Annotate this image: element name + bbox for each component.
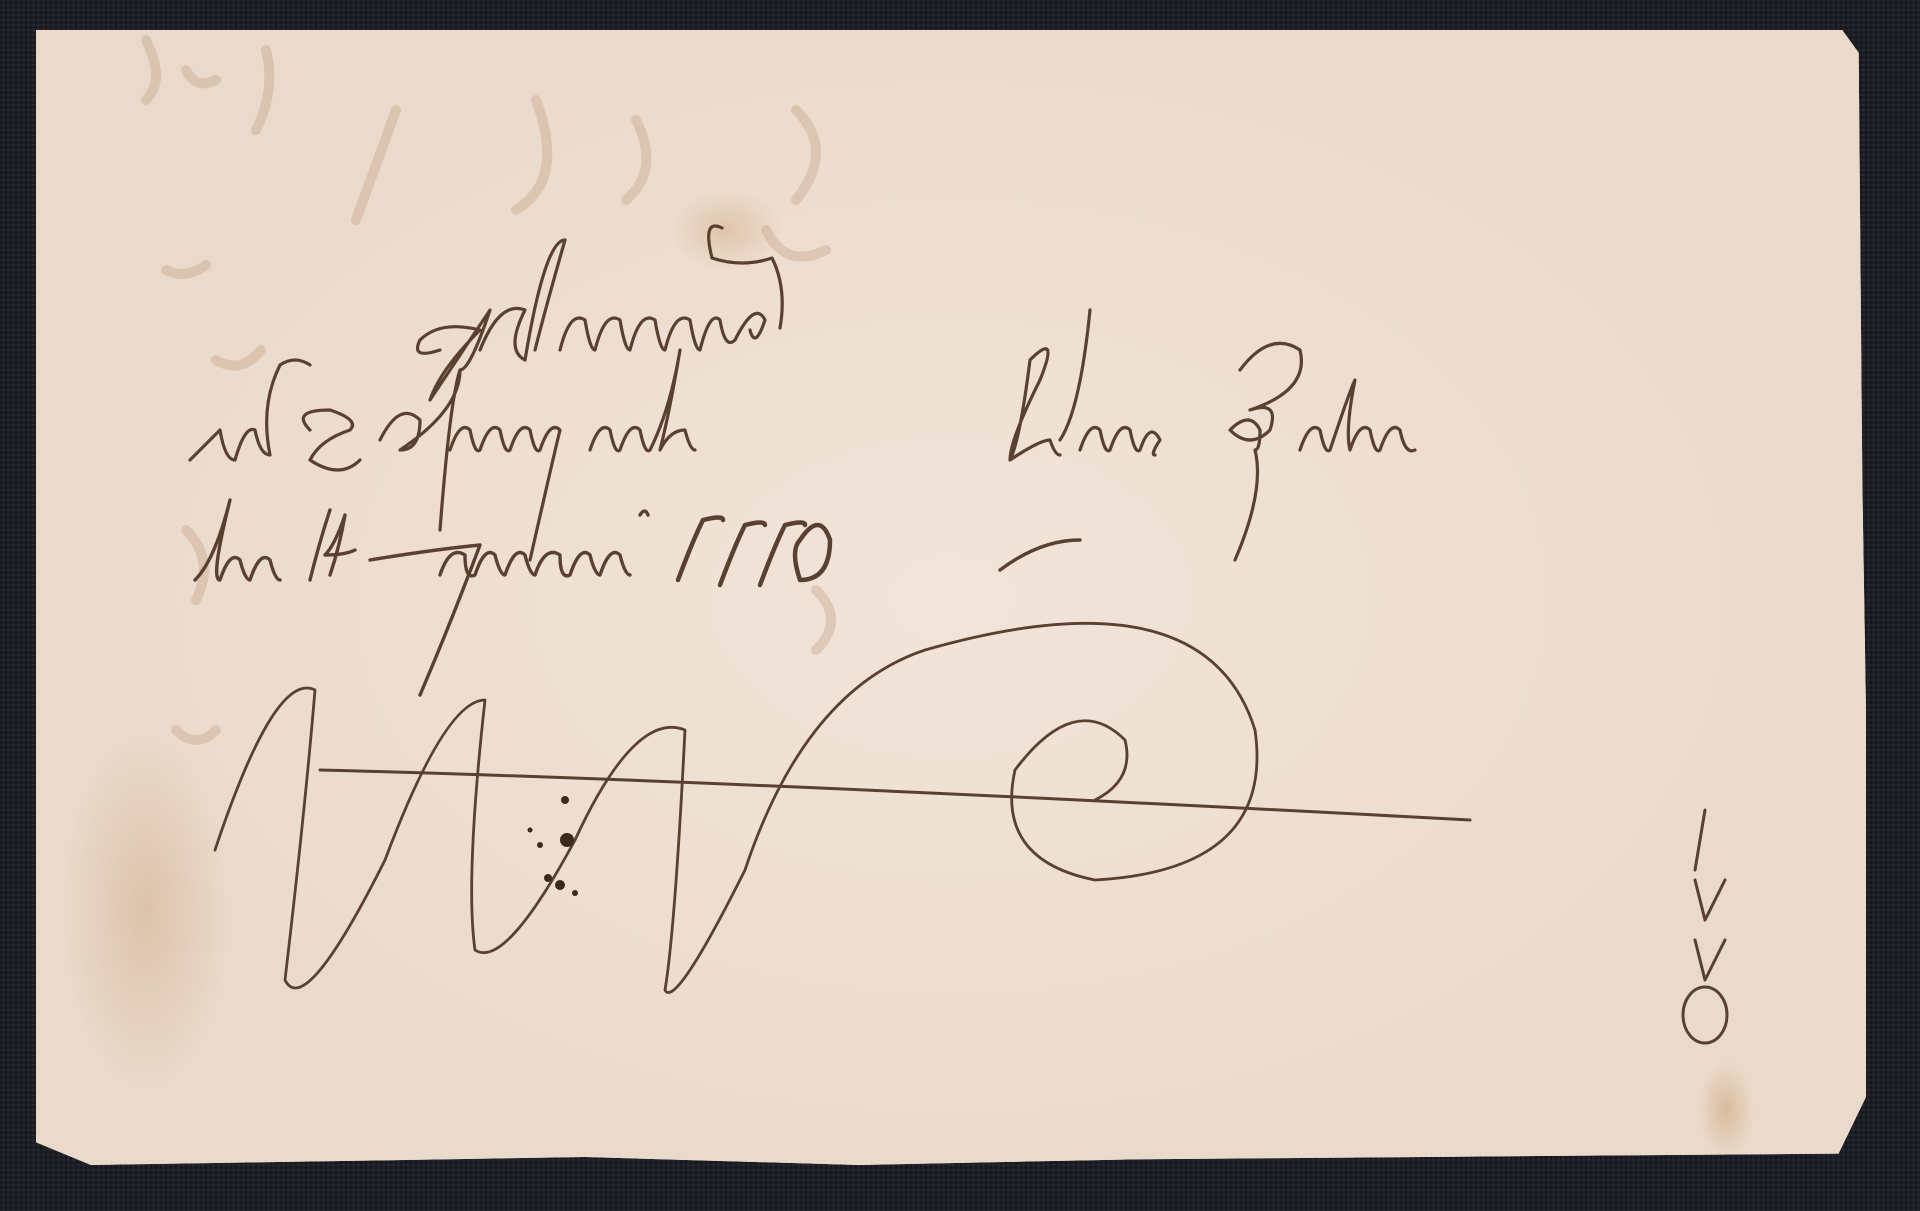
margin-note-year xyxy=(1683,810,1727,1043)
handwriting-layer xyxy=(0,0,1920,1211)
signature-flourish xyxy=(215,623,1470,992)
handwritten-line-1 xyxy=(418,226,783,400)
handwritten-line-3 xyxy=(195,500,1080,695)
